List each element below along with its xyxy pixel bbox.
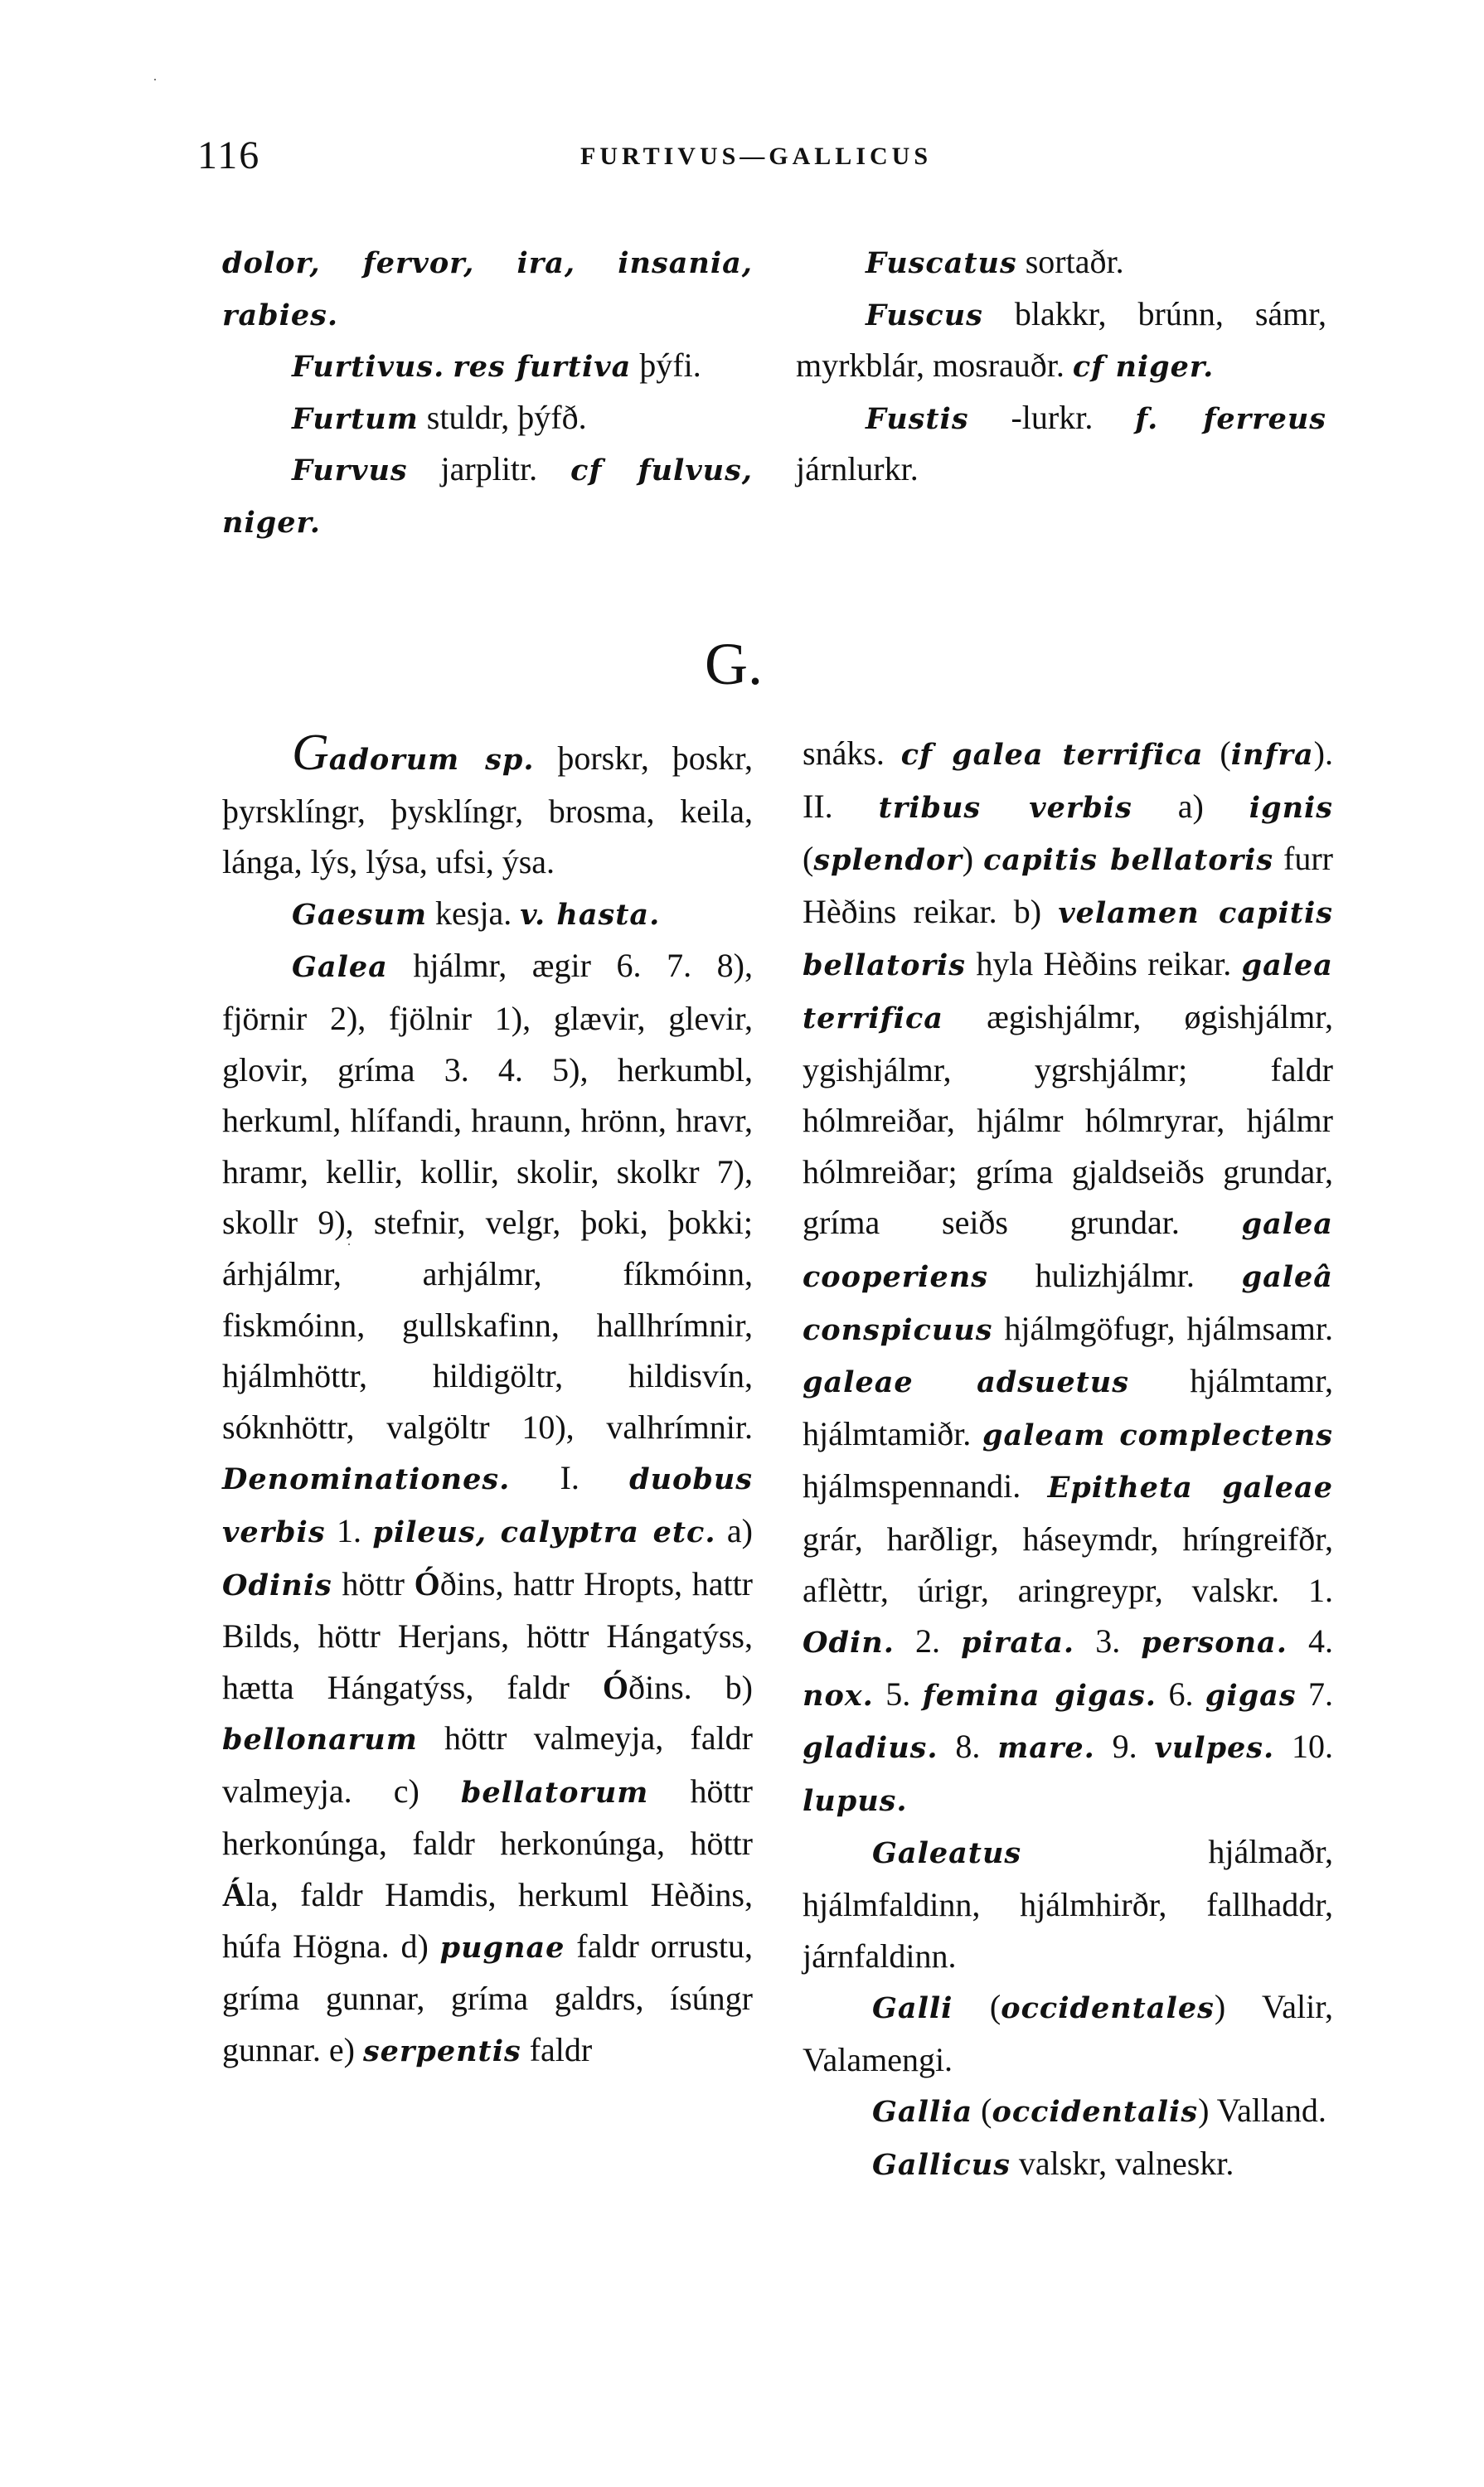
latin-headword: Denominationes. — [222, 1462, 510, 1496]
latin-headword: capitis bellatoris — [983, 843, 1273, 877]
latin-headword: galeam complectens — [982, 1418, 1333, 1452]
latin-headword: pugnae — [440, 1931, 565, 1965]
latin-headword: Epitheta galeae — [1048, 1471, 1333, 1505]
entries-top-right: Fuscatus sortaðr.Fuscus blakkr, brúnn, s… — [796, 237, 1326, 495]
latin-headword: Furvus — [292, 453, 408, 487]
latin-headword: bellonarum — [222, 1723, 418, 1757]
latin-headword: Fustis — [866, 402, 969, 436]
running-title: FURTIVUS—GALLICUS — [580, 143, 932, 171]
icelandic-gloss: hjálmgöfugr, hjálmsamr. — [993, 1310, 1334, 1347]
icelandic-gloss: 9. — [1095, 1728, 1155, 1765]
icelandic-gloss: 7. — [1297, 1675, 1333, 1713]
latin-headword: pileus, calyptra etc. — [372, 1515, 715, 1549]
icelandic-gloss: 2. — [895, 1622, 961, 1660]
latin-headword: persona. — [1141, 1626, 1288, 1660]
latin-headword: res furtiva — [453, 350, 631, 384]
latin-headword: splendor — [813, 843, 962, 877]
page-number: 116 — [197, 133, 260, 178]
scan-speck — [154, 79, 156, 80]
icelandic-gloss: stuldr, þýfð. — [419, 399, 587, 436]
latin-headword: Odin. — [803, 1626, 895, 1660]
latin-headword: Gaesum — [292, 898, 427, 932]
icelandic-gloss: ) — [963, 840, 983, 877]
dictionary-entry: Fuscatus sortaðr. — [796, 237, 1326, 289]
icelandic-gloss: 3. — [1074, 1622, 1141, 1660]
icelandic-gloss: þýfi. — [631, 347, 701, 384]
latin-headword: Gallicus — [872, 2148, 1011, 2182]
dictionary-entry: Gaesum kesja. v. hasta. — [222, 888, 753, 941]
latin-headword: Fuscus — [866, 298, 983, 332]
icelandic-gloss: valskr, valneskr. — [1011, 2145, 1234, 2182]
dictionary-entry: Galeatus hjálmaðr, hjálmfaldinn, hjálmhi… — [803, 1826, 1333, 1981]
icelandic-gloss: 6. — [1157, 1675, 1205, 1713]
dictionary-entry: Furvus jarplitr. cf fulvus, niger. — [222, 444, 753, 548]
icelandic-gloss: a) — [716, 1512, 753, 1549]
icelandic-gloss: faldr — [521, 2031, 593, 2068]
latin-headword: mare. — [997, 1731, 1095, 1765]
latin-headword: cf galea terrifica — [901, 738, 1204, 772]
icelandic-gloss: ( — [972, 2092, 992, 2129]
icelandic-gloss: jarplitr. — [408, 450, 570, 487]
latin-headword: occidentales — [1001, 1991, 1215, 2025]
dictionary-entry: Galea hjálmr, ægir 6. 7. 8), fjörnir 2),… — [222, 940, 753, 2077]
latin-headword: Fuscatus — [866, 246, 1017, 280]
dictionary-entry: Fuscus blakkr, brúnn, sámr, myrkblár, mo… — [796, 289, 1326, 393]
scan-speck — [348, 1243, 350, 1245]
latin-headword: gigas — [1205, 1679, 1297, 1713]
accented-capital: Ó — [603, 1669, 628, 1706]
icelandic-gloss: ) Valland. — [1198, 2092, 1326, 2129]
entries-left-column: Gadorum sp. þorskr, þoskr, þyrsklíngr, þ… — [222, 728, 753, 2077]
latin-headword: v. hasta. — [520, 898, 660, 932]
latin-headword: tribus verbis — [879, 791, 1132, 825]
latin-headword: pirata. — [961, 1626, 1074, 1660]
latin-headword: Furtum — [292, 402, 419, 436]
dictionary-entry: Furtivus. res furtiva þýfi. — [222, 341, 753, 393]
icelandic-gloss: snáks. — [803, 734, 901, 772]
icelandic-gloss: I. — [510, 1459, 629, 1496]
icelandic-gloss: hjálmr, ægir 6. 7. 8), fjörnir 2), fjöln… — [222, 947, 753, 1445]
dictionary-entry: snáks. cf galea terrifica (infra). II. t… — [803, 728, 1333, 1826]
icelandic-gloss: hjálmspennandi. — [803, 1467, 1048, 1505]
latin-headword: gladius. — [803, 1731, 938, 1765]
latin-headword: femina gigas. — [923, 1679, 1157, 1713]
latin-headword: infra — [1231, 738, 1314, 772]
icelandic-gloss: ( — [953, 1988, 1001, 2025]
latin-headword: Furtivus. — [292, 350, 444, 384]
icelandic-gloss: sortaðr. — [1017, 243, 1124, 280]
icelandic-gloss: 8. — [938, 1728, 998, 1765]
icelandic-gloss: 10. — [1274, 1728, 1333, 1765]
latin-headword: Galli — [872, 1991, 953, 2025]
latin-headword: bellatorum — [461, 1776, 648, 1810]
icelandic-gloss: hyla Hèðins reikar. — [966, 945, 1242, 982]
dictionary-entry: Furtum stuldr, þýfð. — [222, 393, 753, 445]
icelandic-gloss: ðins. b) — [628, 1669, 753, 1706]
latin-headword: ignis — [1249, 791, 1333, 825]
latin-headword: Galeatus — [872, 1836, 1021, 1870]
latin-headword: serpentis — [363, 2034, 521, 2068]
latin-headword: Galea — [292, 950, 388, 984]
latin-headword: galeae adsuetus — [803, 1365, 1129, 1399]
entries-top-left: dolor, fervor, ira, insania, rabies.Furt… — [222, 237, 753, 548]
icelandic-gloss: ( — [1204, 734, 1231, 772]
latin-headword: Odinis — [222, 1568, 332, 1602]
icelandic-gloss: kesja. — [427, 894, 520, 932]
latin-headword: nox. — [803, 1679, 874, 1713]
accented-capital: Ó — [415, 1565, 440, 1602]
latin-headword: lupus. — [803, 1784, 908, 1818]
dictionary-entry: Gallicus valskr, valneskr. — [803, 2138, 1333, 2191]
latin-headword: adorum sp. — [329, 743, 535, 777]
icelandic-gloss: a) — [1132, 788, 1249, 825]
icelandic-gloss: hulizhjálmr. — [988, 1257, 1242, 1294]
icelandic-gloss: 4. — [1288, 1622, 1333, 1660]
dictionary-entry: Fustis -lurkr. f. ferreus járnlurkr. — [796, 393, 1326, 495]
dictionary-entry: Gallia (occidentalis) Valland. — [803, 2085, 1333, 2138]
dictionary-entry: dolor, fervor, ira, insania, rabies. — [222, 237, 753, 341]
drop-initial: G — [292, 725, 329, 781]
dictionary-entry: Gadorum sp. þorskr, þoskr, þyrsklíngr, þ… — [222, 728, 753, 888]
entries-right-column: snáks. cf galea terrifica (infra). II. t… — [803, 728, 1333, 2191]
accented-capital: Á — [222, 1876, 246, 1913]
latin-headword: Gallia — [872, 2095, 972, 2129]
latin-headword: f. ferreus — [1135, 402, 1326, 436]
latin-headword: dolor, fervor, ira, insania, rabies. — [222, 246, 753, 332]
icelandic-gloss: -lurkr. — [969, 399, 1136, 436]
icelandic-gloss: höttr — [332, 1565, 415, 1602]
icelandic-gloss: 5. — [874, 1675, 923, 1713]
icelandic-gloss: grár, harðligr, háseymdr, hríngreifðr, a… — [803, 1520, 1333, 1609]
section-letter-heading: G. — [705, 630, 763, 699]
icelandic-gloss — [444, 347, 453, 384]
icelandic-gloss: járnlurkr. — [796, 450, 919, 487]
icelandic-gloss: 1. — [326, 1512, 373, 1549]
latin-headword: vulpes. — [1154, 1731, 1274, 1765]
latin-headword: cf niger. — [1073, 350, 1214, 384]
icelandic-gloss: ( — [803, 840, 813, 877]
latin-headword: occidentalis — [992, 2095, 1198, 2129]
dictionary-entry: Galli (occidentales) Valir, Valamengi. — [803, 1981, 1333, 2085]
